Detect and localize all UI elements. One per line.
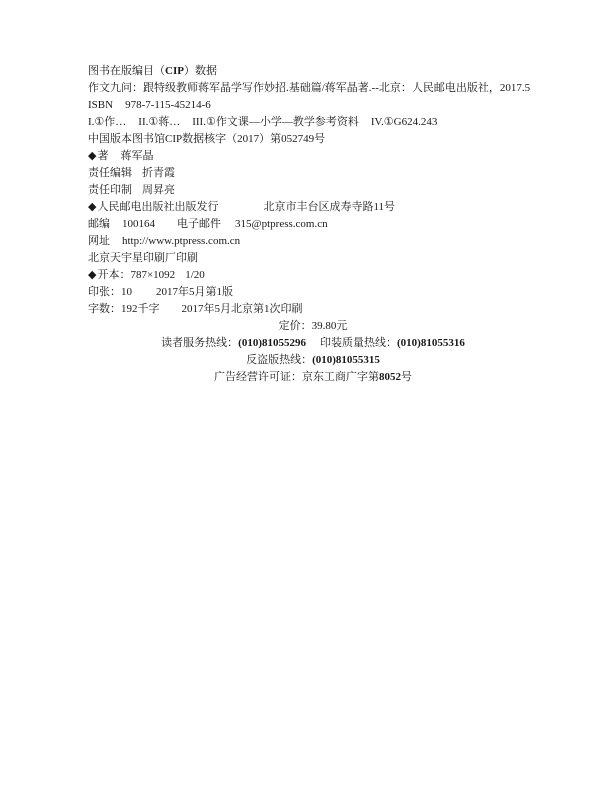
- spacer: [359, 122, 371, 123]
- antipiracy-hotline-line: 反盗版热线：(010)81055315: [88, 352, 538, 369]
- format-size: 787×1092: [130, 269, 175, 281]
- antipiracy-hotline-label: 反盗版热线：: [246, 354, 312, 366]
- postcode-email-line: 邮编100164电子邮件315@ptpress.com.cn: [88, 216, 538, 233]
- format-fraction: 1/20: [185, 269, 205, 281]
- postcode-value: 100164: [122, 218, 155, 230]
- spacer: [175, 275, 185, 276]
- wordcount-value: 192千字: [121, 303, 160, 315]
- book-copyright-page: 图书在版编目（CIP）数据 作文九问：跟特级教师蒋军晶学写作妙招.基础篇/蒋军晶…: [0, 0, 612, 792]
- cip-data-header: 图书在版编目（CIP）数据: [88, 63, 538, 80]
- editor-label: 责任编辑: [88, 167, 132, 179]
- reader-hotline-label: 读者服务热线：: [161, 337, 238, 349]
- antipiracy-hotline-phone: (010)81055315: [312, 354, 380, 366]
- spacer: [180, 122, 192, 123]
- ad-license-line: 广告经营许可证：京东工商广字第8052号: [88, 369, 538, 386]
- spacer: [132, 190, 142, 191]
- isbn-label: ISBN: [88, 99, 113, 111]
- email-label: 电子邮件: [177, 218, 221, 230]
- spacer: [160, 309, 182, 310]
- ad-license-post: 号: [401, 371, 412, 383]
- email-value: 315@ptpress.com.cn: [235, 218, 328, 230]
- cip-acronym: CIP: [165, 65, 184, 77]
- classification-part-4: IV.①G624.243: [371, 116, 438, 128]
- isbn-line: ISBN978-7-115-45214-6: [88, 97, 538, 114]
- classification-part-2: II.①蒋…: [138, 116, 180, 128]
- colophon-block: 图书在版编目（CIP）数据 作文九问：跟特级教师蒋军晶学写作妙招.基础篇/蒋军晶…: [88, 63, 538, 386]
- postcode-label: 邮编: [88, 218, 110, 230]
- cip-record-number: 中国版本图书馆CIP数据核字（2017）第052749号: [88, 131, 538, 148]
- edition-text: 2017年5月第1版: [156, 286, 233, 298]
- sheets-edition-line: 印张：102017年5月第1版: [88, 284, 538, 301]
- sheets-label: 印张：: [88, 286, 121, 298]
- cip-record-text: 中国版本图书馆CIP数据核字（2017）第052749号: [88, 133, 325, 145]
- cip-header-pre: 图书在版编目（: [88, 65, 165, 77]
- bibliographic-description: 作文九问：跟特级教师蒋军晶学写作妙招.基础篇/蒋军晶著.--北京：人民邮电出版社…: [88, 80, 538, 97]
- publisher-name: 人民邮电出版社出版发行: [97, 201, 218, 213]
- spacer: [221, 224, 235, 225]
- price-line: 定价：39.80元: [88, 318, 538, 335]
- printer-line: 北京天宇星印刷厂印刷: [88, 250, 538, 267]
- print-supervisor-name: 周昇亮: [142, 184, 175, 196]
- website-label: 网址: [88, 235, 110, 247]
- format-label: 开本：: [97, 269, 130, 281]
- author-label: 著: [97, 150, 108, 162]
- print-supervisor-line: 责任印制周昇亮: [88, 182, 538, 199]
- spacer: [155, 224, 177, 225]
- classification-part-3: III.①作文课—小学—教学参考资料: [192, 116, 359, 128]
- spacer: [126, 122, 138, 123]
- price-text: 定价：39.80元: [279, 320, 348, 332]
- printer-text: 北京天宇星印刷厂印刷: [88, 252, 198, 264]
- spacer: [110, 241, 122, 242]
- catalog-entry-text: 作文九问：跟特级教师蒋军晶学写作妙招.基础篇/蒋军晶著.--北京：人民邮电出版社…: [88, 82, 530, 94]
- spacer: [132, 292, 156, 293]
- quality-hotline-phone: (010)81055316: [397, 337, 465, 349]
- sheets-value: 10: [121, 286, 132, 298]
- publisher-line: ◆人民邮电出版社出版发行北京市丰台区成寿寺路11号: [88, 199, 538, 216]
- publisher-address: 北京市丰台区成寿寺路11号: [263, 201, 395, 213]
- printing-text: 2017年5月北京第1次印刷: [182, 303, 303, 315]
- spacer: [306, 343, 320, 344]
- cip-header-post: ）数据: [184, 65, 217, 77]
- print-supervisor-label: 责任印制: [88, 184, 132, 196]
- editor-line: 责任编辑折青霞: [88, 165, 538, 182]
- spacer: [218, 207, 263, 208]
- ad-license-number: 8052: [379, 371, 401, 383]
- isbn-value: 978-7-115-45214-6: [125, 99, 211, 111]
- author-line: ◆著蒋军晶: [88, 148, 538, 165]
- wordcount-label: 字数：: [88, 303, 121, 315]
- wordcount-printing-line: 字数：192千字2017年5月北京第1次印刷: [88, 301, 538, 318]
- website-url: http://www.ptpress.com.cn: [122, 235, 240, 247]
- quality-hotline-label: 印装质量热线：: [320, 337, 397, 349]
- spacer: [113, 105, 125, 106]
- editor-name: 折青霞: [142, 167, 175, 179]
- service-hotline-line: 读者服务热线：(010)81055296印装质量热线：(010)81055316: [88, 335, 538, 352]
- classification-part-1: I.①作…: [88, 116, 126, 128]
- reader-hotline-phone: (010)81055296: [238, 337, 306, 349]
- format-line: ◆开本：787×10921/20: [88, 267, 538, 284]
- ad-license-pre: 广告经营许可证：京东工商广字第: [214, 371, 379, 383]
- spacer: [108, 156, 120, 157]
- author-name: 蒋军晶: [120, 150, 153, 162]
- spacer: [110, 224, 122, 225]
- spacer: [132, 173, 142, 174]
- website-line: 网址http://www.ptpress.com.cn: [88, 233, 538, 250]
- classification-line: I.①作…II.①蒋…III.①作文课—小学—教学参考资料IV.①G624.24…: [88, 114, 538, 131]
